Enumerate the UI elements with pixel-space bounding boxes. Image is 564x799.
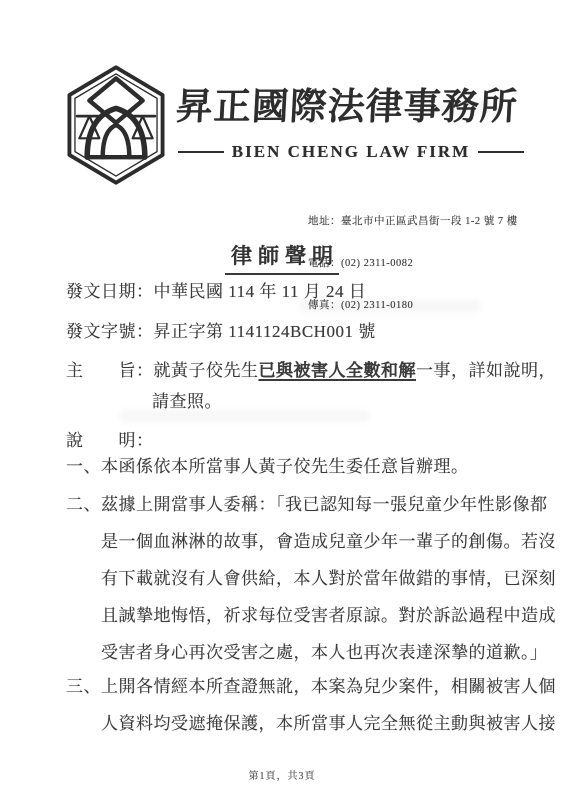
issue-date-line: 發文日期：中華民國 114 年 11 月 24 日	[66, 282, 366, 302]
subject-line-1: 主 旨：就黃子佼先生已與被害人全數和解一事，詳如說明，	[66, 361, 556, 381]
subject-emphasis: 已與被害人全數和解	[259, 361, 417, 380]
item-1-line-1: 一、本函係依本所當事人黃子佼先生委任意旨辦理。	[66, 457, 469, 477]
item-2-line-4: 且誠摯地悔悟，祈求每位受害者原諒。對於訴訟過程中造成	[101, 606, 556, 626]
item-3-line-1: 三、上開各情經本所查證無訛，本案為兒少案件，相關被害人個	[66, 677, 556, 697]
left-rule	[178, 151, 224, 153]
scales-of-justice-hexagon-icon	[58, 64, 174, 186]
item-2-line-1: 二、茲據上開當事人委稱：「我已認知每一張兒童少年性影像都	[66, 495, 548, 515]
subject-line-2: 請查照。	[152, 392, 222, 412]
explanation-label: 說 明：	[66, 431, 154, 451]
page-number-footer: 第1頁，共3頁	[0, 767, 564, 782]
right-rule	[478, 151, 524, 153]
subject-pre: 就黃子佼先生	[154, 361, 259, 380]
address-line: 地址：臺北市中正區武昌街一段 1-2 號 7 樓	[308, 215, 518, 229]
item-2-line-3: 有下載就沒有人會供給，本人對於當年做錯的事情，已深刻	[101, 569, 556, 589]
law-firm-logo	[58, 64, 174, 186]
item-3-line-2: 人資料均受遮掩保護，本所當事人完全無從主動與被害人接	[101, 714, 556, 734]
subject-post: 一事，詳如說明，	[416, 361, 556, 380]
scanned-legal-statement-page: 昇正國際法律事務所 BIEN CHENG LAW FIRM 地址：臺北市中正區武…	[0, 0, 564, 799]
firm-name-english-row: BIEN CHENG LAW FIRM	[178, 142, 524, 162]
item-2-line-5: 受害者身心再次受害之處，本人也再次表達深摯的道歉。」	[101, 643, 548, 663]
document-title: 律師聲明	[225, 240, 339, 275]
document-title-wrap: 律師聲明	[0, 240, 564, 275]
subject-label: 主 旨：	[66, 361, 154, 380]
firm-name-english: BIEN CHENG LAW FIRM	[232, 142, 470, 162]
reference-number-line: 發文字號：昇正字第 1141124BCH001 號	[66, 322, 376, 342]
firm-name-chinese: 昇正國際法律事務所	[167, 76, 528, 130]
item-2-line-2: 是一個血淋淋的故事，會造成兒童少年一輩子的創傷。若沒	[101, 532, 556, 552]
